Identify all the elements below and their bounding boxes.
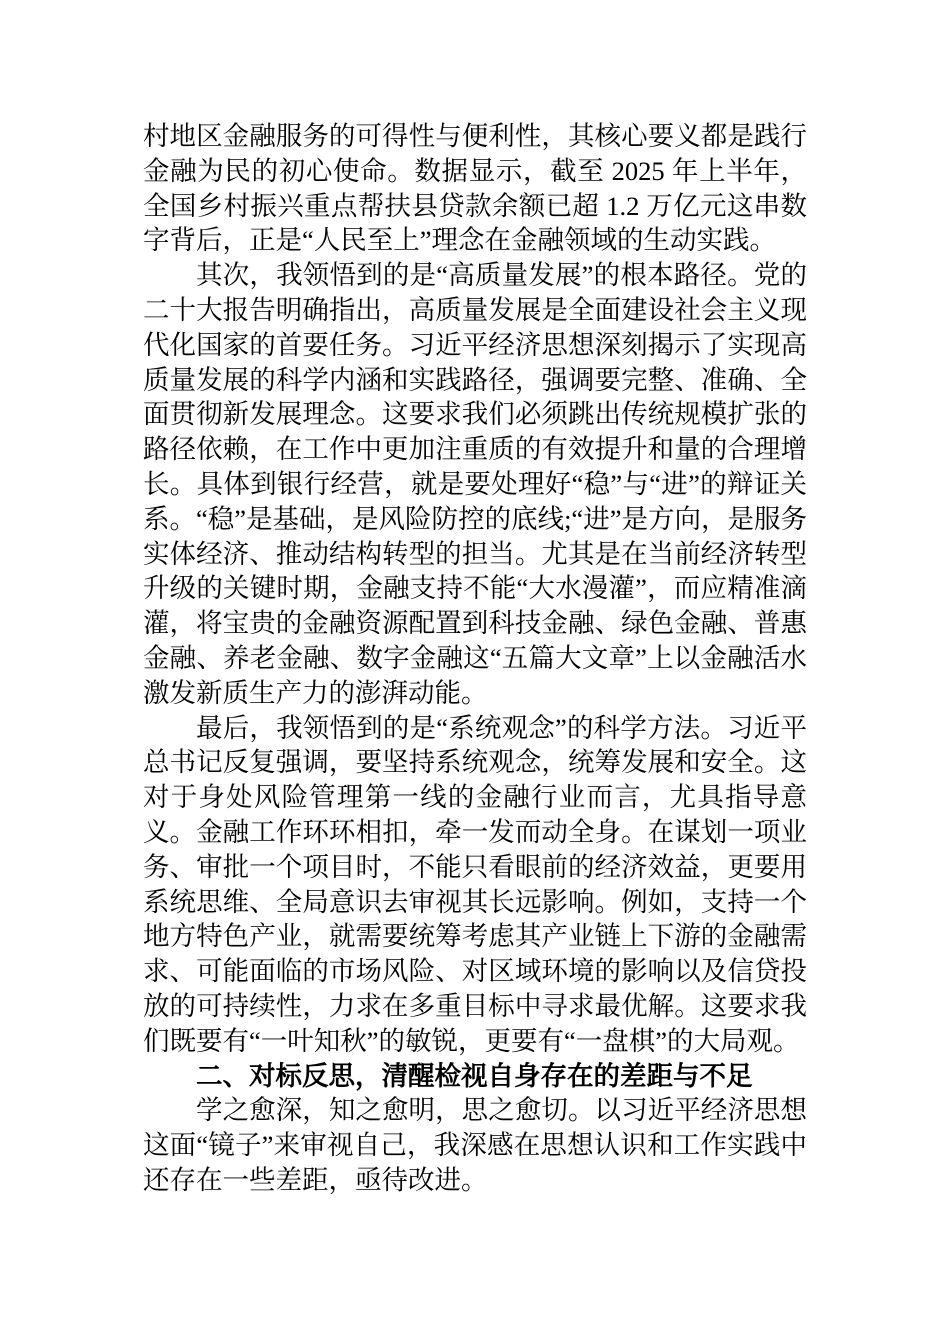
- document-body: 村地区金融服务的可得性与便利性，其核心要义都是践行金融为民的初心使命。数据显示，…: [143, 119, 807, 1198]
- section-heading: 二、对标反思，清醒检视自身存在的差距与不足: [143, 1059, 807, 1094]
- paragraph: 村地区金融服务的可得性与便利性，其核心要义都是践行金融为民的初心使命。数据显示，…: [143, 119, 807, 258]
- paragraph: 学之愈深，知之愈明，思之愈切。以习近平经济思想这面“镜子”来审视自己，我深感在思…: [143, 1093, 807, 1197]
- document-page: 村地区金融服务的可得性与便利性，其核心要义都是践行金融为民的初心使命。数据显示，…: [0, 0, 950, 1344]
- paragraph: 其次，我领悟到的是“高质量发展”的根本路径。党的二十大报告明确指出，高质量发展是…: [143, 258, 807, 710]
- paragraph: 最后，我领悟到的是“系统观念”的科学方法。习近平总书记反复强调，要坚持系统观念，…: [143, 711, 807, 1059]
